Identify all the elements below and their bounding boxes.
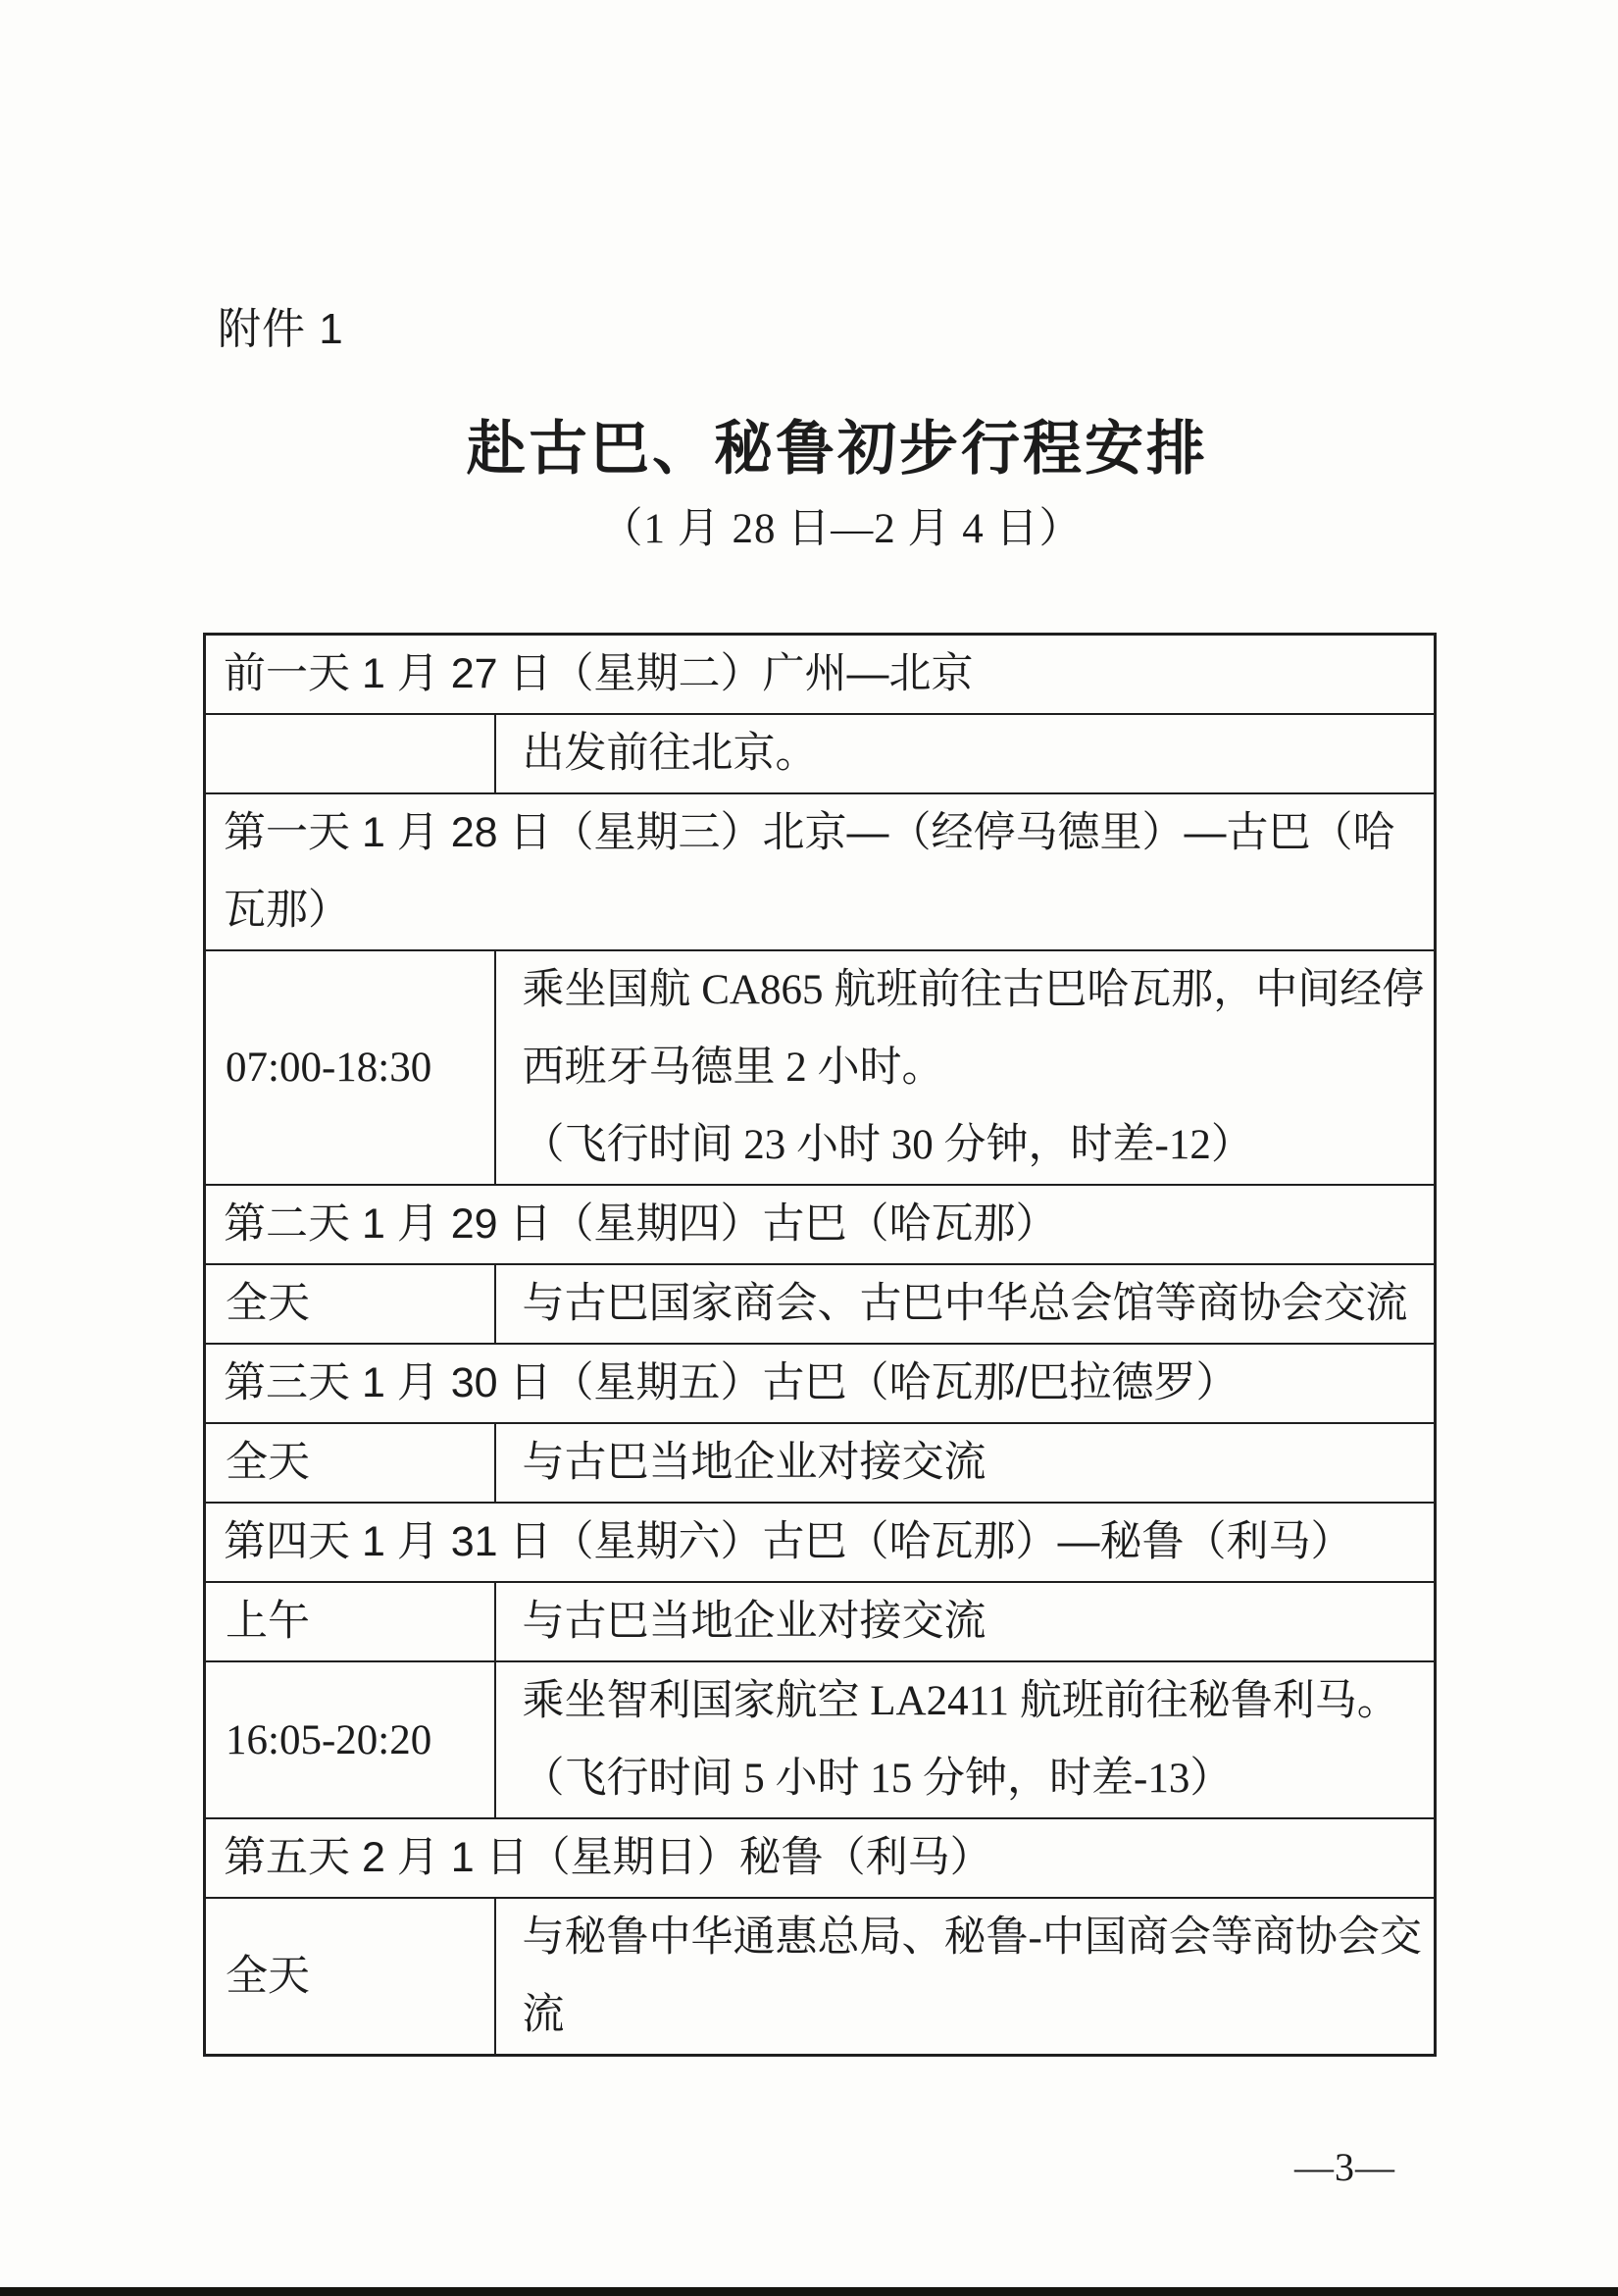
- table-row: 出发前往北京。: [205, 714, 1436, 793]
- page-number: —3—: [1294, 2144, 1395, 2190]
- time-cell: 16:05-20:20: [205, 1661, 495, 1818]
- table-row: 上午 与古巴当地企业对接交流: [205, 1582, 1436, 1661]
- document-page: 附件 1 赴古巴、秘鲁初步行程安排 （1 月 28 日—2 月 4 日） 前一天…: [0, 0, 1618, 2296]
- table-row: 07:00-18:30 乘坐国航 CA865 航班前往古巴哈瓦那，中间经停西班牙…: [205, 950, 1436, 1185]
- time-cell: [205, 714, 495, 793]
- time-cell: 全天: [205, 1264, 495, 1344]
- itinerary-table: 前一天 1 月 27 日（星期二）广州—北京 出发前往北京。 第一天 1 月 2…: [203, 633, 1437, 2057]
- day-header-cell: 第二天 1 月 29 日（星期四）古巴（哈瓦那）: [205, 1185, 1436, 1264]
- desc-cell: 乘坐智利国家航空 LA2411 航班前往秘鲁利马。 （飞行时间 5 小时 15 …: [495, 1661, 1436, 1818]
- flight-desc: 乘坐智利国家航空 LA2411 航班前往秘鲁利马。: [523, 1662, 1429, 1740]
- table-row: 第五天 2 月 1 日（星期日）秘鲁（利马）: [205, 1818, 1436, 1898]
- table-row: 全天 与古巴国家商会、古巴中华总会馆等商协会交流: [205, 1264, 1436, 1344]
- table-row: 第一天 1 月 28 日（星期三）北京—（经停马德里）—古巴（哈瓦那）: [205, 793, 1436, 950]
- day-header-cell: 第一天 1 月 28 日（星期三）北京—（经停马德里）—古巴（哈瓦那）: [205, 793, 1436, 950]
- day-header-cell: 前一天 1 月 27 日（星期二）广州—北京: [205, 635, 1436, 715]
- desc-cell: 与秘鲁中华通惠总局、秘鲁-中国商会等商协会交流: [495, 1898, 1436, 2056]
- doc-subtitle: （1 月 28 日—2 月 4 日）: [32, 495, 1618, 555]
- table-row: 第四天 1 月 31 日（星期六）古巴（哈瓦那）—秘鲁（利马）: [205, 1503, 1436, 1582]
- table-row: 全天 与秘鲁中华通惠总局、秘鲁-中国商会等商协会交流: [205, 1898, 1436, 2056]
- table-row: 第三天 1 月 30 日（星期五）古巴（哈瓦那/巴拉德罗）: [205, 1344, 1436, 1423]
- day-header-cell: 第四天 1 月 31 日（星期六）古巴（哈瓦那）—秘鲁（利马）: [205, 1503, 1436, 1582]
- time-cell: 全天: [205, 1898, 495, 2056]
- scan-edge-bottom: [0, 2287, 1618, 2296]
- flight-note: （飞行时间 23 小时 30 分钟，时差-12）: [523, 1106, 1429, 1184]
- table-row: 前一天 1 月 27 日（星期二）广州—北京: [205, 635, 1436, 715]
- table-row: 全天 与古巴当地企业对接交流: [205, 1423, 1436, 1503]
- day-header-cell: 第三天 1 月 30 日（星期五）古巴（哈瓦那/巴拉德罗）: [205, 1344, 1436, 1423]
- flight-note: （飞行时间 5 小时 15 分钟，时差-13）: [523, 1740, 1429, 1817]
- desc-cell: 与古巴当地企业对接交流: [495, 1582, 1436, 1661]
- time-cell: 上午: [205, 1582, 495, 1661]
- doc-title: 赴古巴、秘鲁初步行程安排: [28, 402, 1618, 486]
- table-row: 16:05-20:20 乘坐智利国家航空 LA2411 航班前往秘鲁利马。 （飞…: [205, 1661, 1436, 1818]
- time-cell: 全天: [205, 1423, 495, 1503]
- desc-cell: 乘坐国航 CA865 航班前往古巴哈瓦那，中间经停西班牙马德里 2 小时。 （飞…: [495, 950, 1436, 1185]
- day-header-cell: 第五天 2 月 1 日（星期日）秘鲁（利马）: [205, 1818, 1436, 1898]
- time-cell: 07:00-18:30: [205, 950, 495, 1185]
- table-row: 第二天 1 月 29 日（星期四）古巴（哈瓦那）: [205, 1185, 1436, 1264]
- attachment-label: 附件 1: [218, 306, 344, 353]
- desc-cell: 与古巴国家商会、古巴中华总会馆等商协会交流: [495, 1264, 1436, 1344]
- desc-cell: 与古巴当地企业对接交流: [495, 1423, 1436, 1503]
- flight-desc: 乘坐国航 CA865 航班前往古巴哈瓦那，中间经停西班牙马德里 2 小时。: [523, 951, 1429, 1106]
- desc-cell: 出发前往北京。: [495, 714, 1436, 793]
